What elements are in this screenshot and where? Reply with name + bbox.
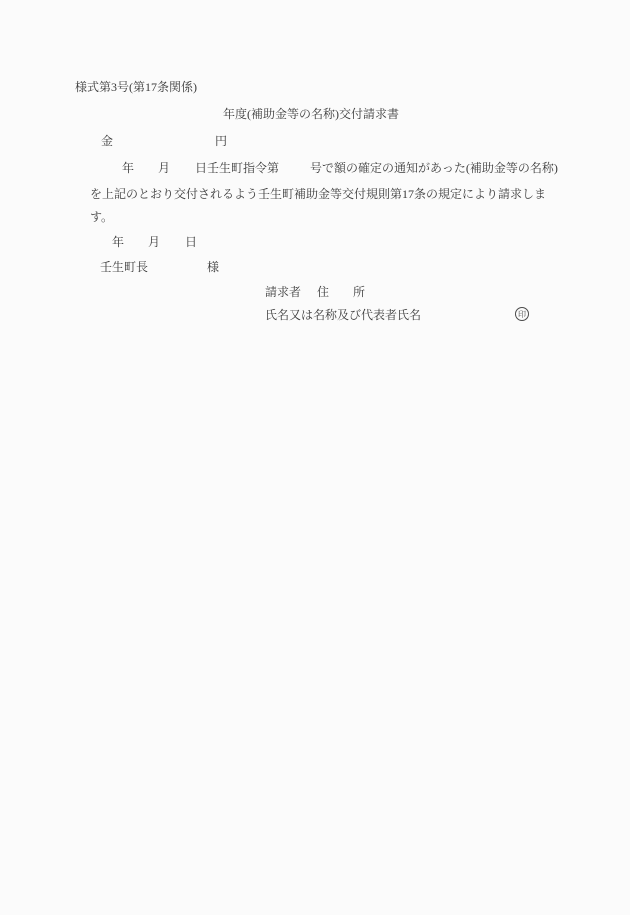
- claimant-name-label: 氏名又は名称及び代表者氏名: [265, 308, 421, 323]
- amount-prefix-label: 金: [101, 134, 113, 149]
- addressee-honorific: 様: [207, 260, 219, 275]
- claimant-label: 請求者: [265, 285, 301, 300]
- request-body-tail-text: す。: [90, 210, 113, 225]
- claimant-address-label: 住 所: [317, 285, 365, 300]
- document-title: 年度(補助金等の名称)交付請求書: [223, 107, 399, 122]
- notice-year-label: 年: [122, 161, 134, 176]
- form-number-text: 様式第3号(第17条関係): [75, 80, 197, 95]
- notice-month-label: 月: [158, 161, 170, 176]
- seal-icon: 印: [515, 307, 529, 321]
- scanned-form-page: 様式第3号(第17条関係) 年度(補助金等の名称)交付請求書 金 円 年 月 日…: [0, 0, 630, 915]
- date-year-label: 年: [112, 235, 124, 250]
- date-day-label: 日: [185, 235, 197, 250]
- notice-day-directive-text: 日壬生町指令第: [195, 161, 279, 176]
- amount-unit-label: 円: [215, 134, 227, 149]
- notice-number-text: 号で額の確定の通知があった(補助金等の名称): [310, 161, 558, 176]
- addressee-title: 壬生町長: [100, 260, 148, 275]
- date-month-label: 月: [148, 235, 160, 250]
- request-body-text: を上記のとおり交付されるよう壬生町補助金等交付規則第17条の規定により請求しま: [90, 187, 546, 202]
